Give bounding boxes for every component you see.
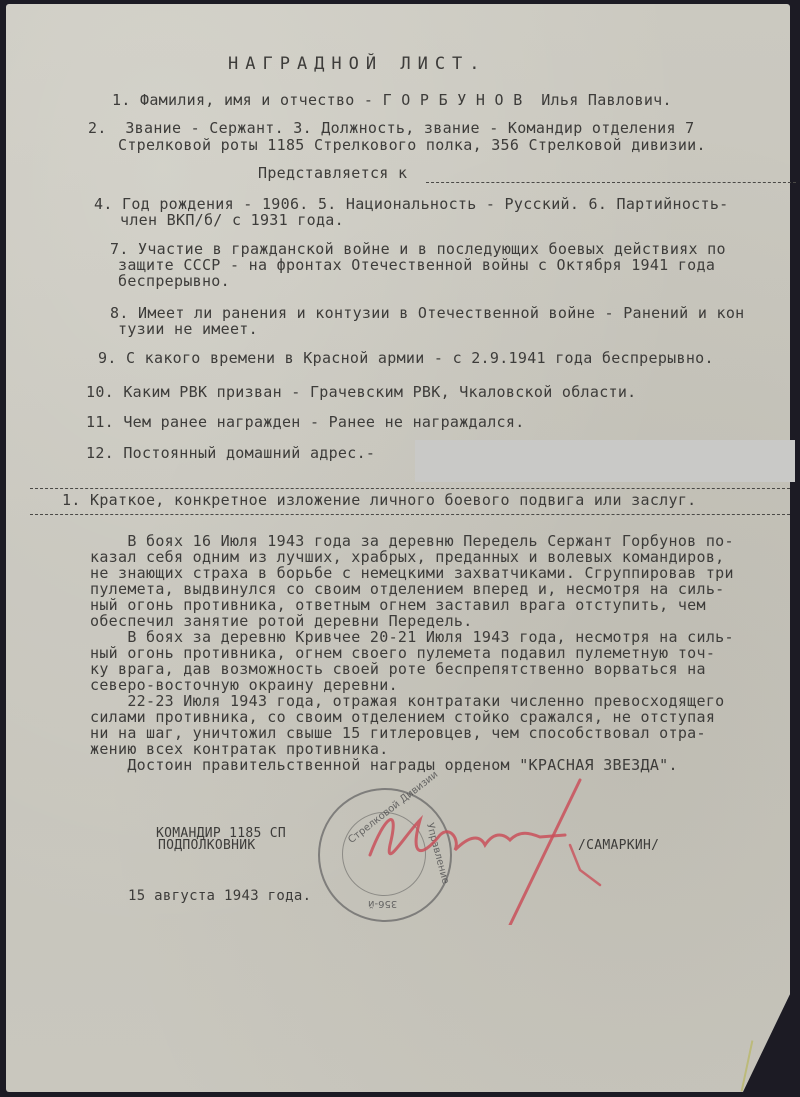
section-header-feat: 1. Краткое, конкретное изложение личного… <box>62 492 697 508</box>
document-title: НАГРАДНОЙ ЛИСТ. <box>228 56 487 72</box>
field-rank-line1: 2. Звание - Сержант. 3. Должность, звани… <box>88 120 695 136</box>
narrative-line: силами противника, со своим отделением с… <box>90 709 715 725</box>
narrative-line: жению всех контратак противника. <box>90 741 389 757</box>
document-date: 15 августа 1943 года. <box>128 888 311 904</box>
narrative-line: обеспечил занятие ротой деревни Передель… <box>90 613 473 629</box>
narrative-line: В боях за деревню Кривчее 20-21 Июля 194… <box>90 629 734 645</box>
narrative-line: ный огонь противника, ответным огнем зас… <box>90 597 706 613</box>
divider-bottom <box>30 514 790 515</box>
signatory-rank: ПОДПОЛКОВНИК <box>158 838 256 854</box>
field-home-address: 12. Постоянный домашний адрес.- <box>86 445 375 461</box>
field-war-participation-line2: защите СССР - на фронтах Отечественной в… <box>118 257 715 273</box>
handwritten-signature <box>330 775 610 925</box>
field-full-name: 1. Фамилия, имя и отчество - Г О Р Б У Н… <box>112 92 672 108</box>
field-birth-year-line1: 4. Год рождения - 1906. 5. Национальност… <box>94 196 729 212</box>
field-birth-year-line2: член ВКП/б/ с 1931 года. <box>120 212 344 228</box>
redacted-address <box>415 440 795 482</box>
narrative-line: ный огонь противника, огнем своего пулем… <box>90 645 715 661</box>
field-war-participation-line3: беспрерывно. <box>118 273 230 289</box>
narrative-line: Достоин правительственной награды ордено… <box>90 757 678 773</box>
narrative-line: северо-восточную окраину деревни. <box>90 677 398 693</box>
field-army-since: 9. С какого времени в Красной армии - с … <box>98 350 714 366</box>
narrative-line: 22-23 Июля 1943 года, отражая контратаки… <box>90 693 725 709</box>
divider-top <box>30 488 790 489</box>
field-draft-office: 10. Каким РВК призван - Грачевским РВК, … <box>86 384 637 400</box>
field-war-participation-line1: 7. Участие в гражданской войне и в после… <box>110 241 726 257</box>
field-previous-awards: 11. Чем ранее награжден - Ранее не награ… <box>86 414 525 430</box>
narrative-line: не знающих страха в борьбе с немецкими з… <box>90 565 734 581</box>
narrative-line: В боях 16 Июля 1943 года за деревню Пере… <box>90 533 734 549</box>
narrative-line: казал себя одним из лучших, храбрых, пре… <box>90 549 725 565</box>
presented-for-label: Представляется к <box>258 165 407 181</box>
narrative-line: пулемета, выдвинулся со своим отделением… <box>90 581 725 597</box>
field-rank-line2: Стрелковой роты 1185 Стрелкового полка, … <box>118 137 706 153</box>
presented-for-blank-line <box>426 182 796 183</box>
narrative-line: ни на шаг, уничтожил свыше 15 гитлеровце… <box>90 725 706 741</box>
narrative-line: ку врага, дав возможность своей роте бес… <box>90 661 706 677</box>
field-wounds-line2: тузии не имеет. <box>118 321 258 337</box>
field-wounds-line1: 8. Имеет ли ранения и контузии в Отечест… <box>110 305 745 321</box>
